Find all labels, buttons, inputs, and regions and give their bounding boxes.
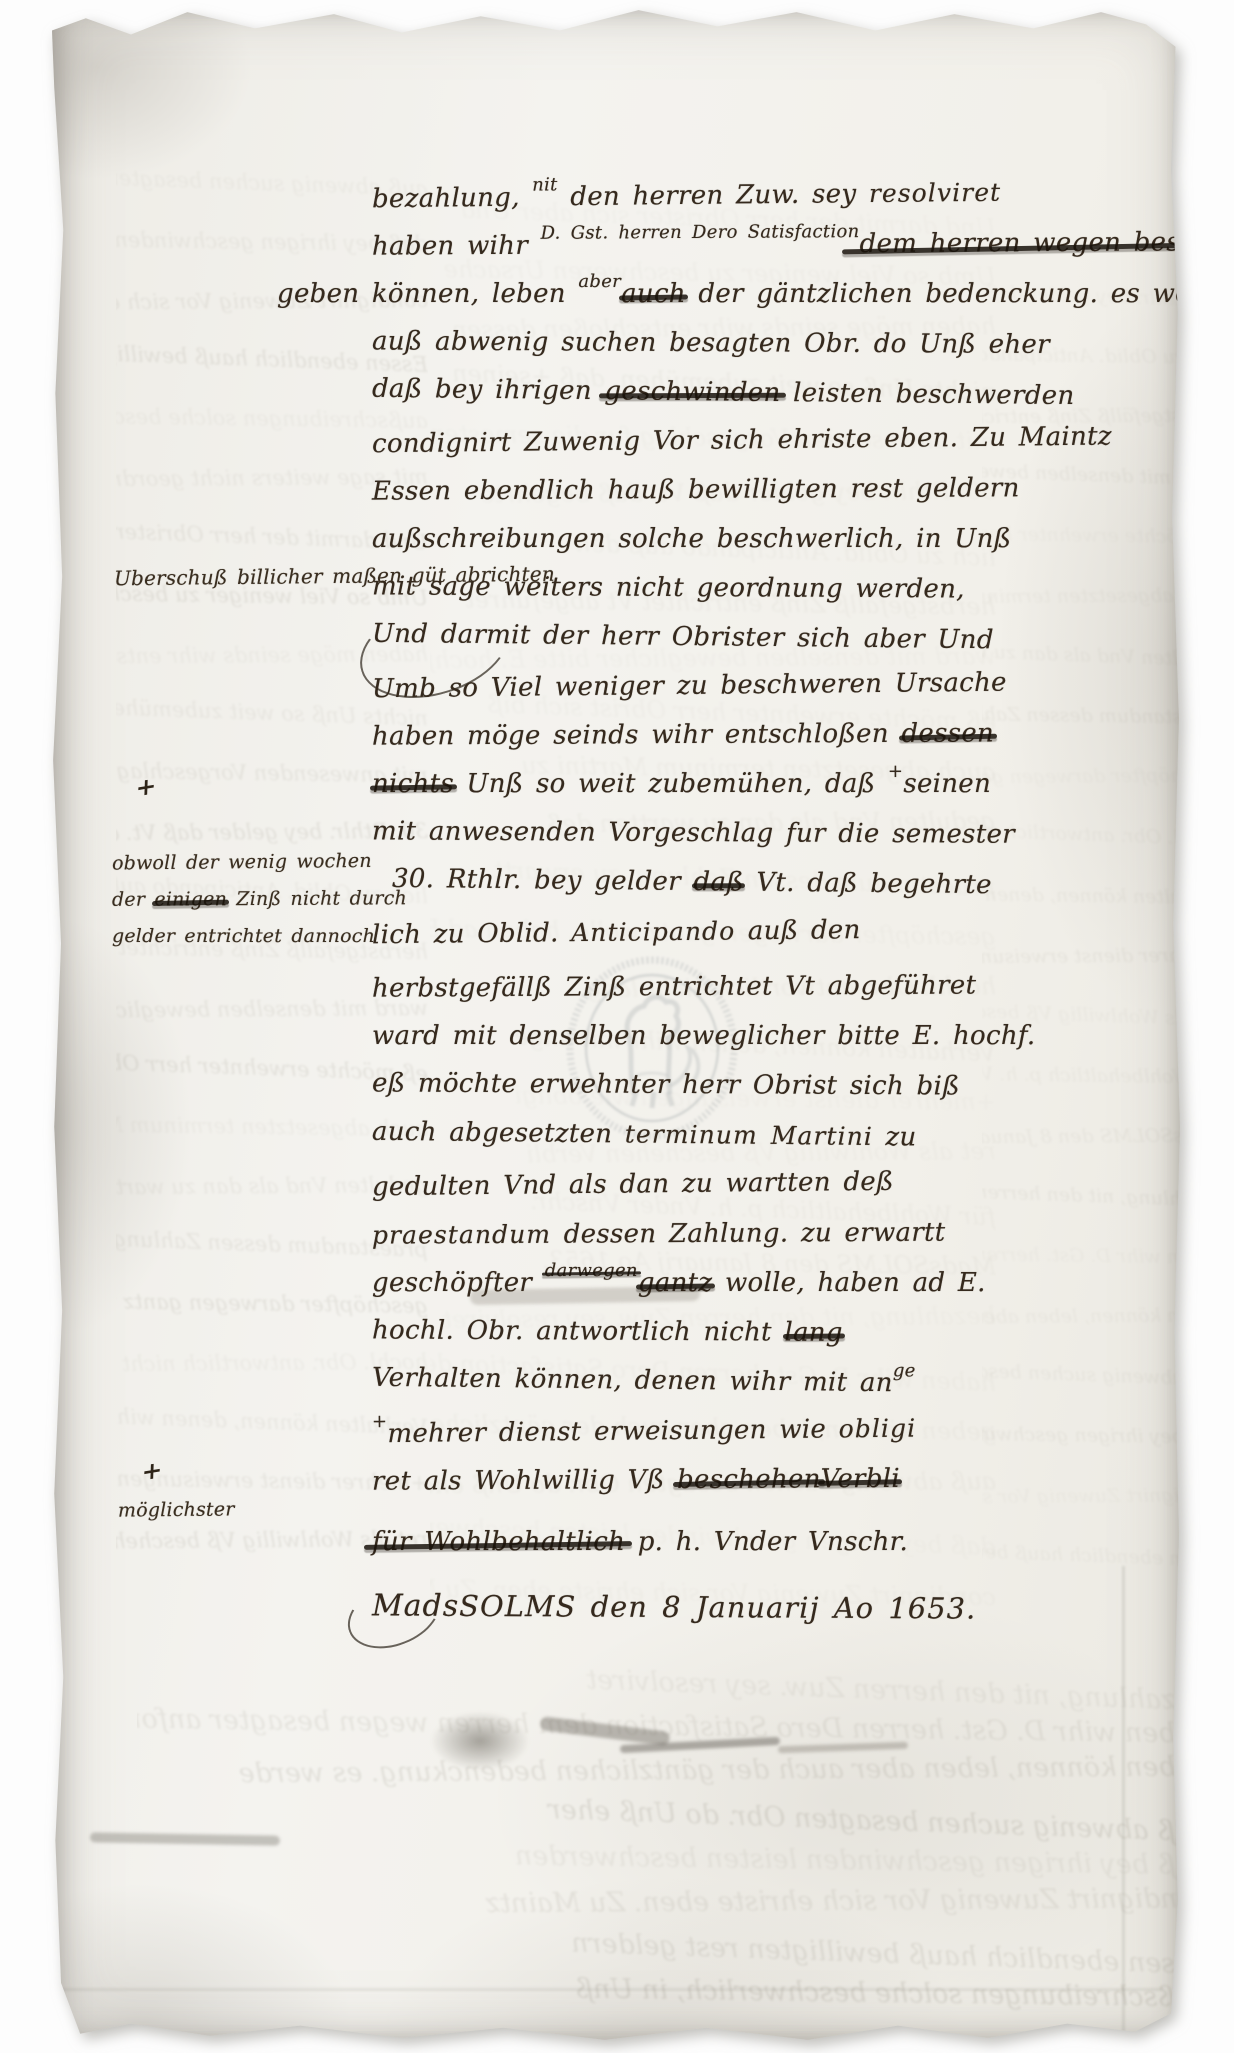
bleedthrough-ghost-line: haben wihr D. Gst. herren Dero Satisfact…	[982, 1224, 1226, 1287]
manuscript-line: mit anwesenden Vorgeschlag fur die semes…	[372, 807, 992, 859]
struck-text: dem herren wegen besagter anforderung	[859, 217, 1234, 269]
handwritten-text: wolle, haben ad E.	[712, 1268, 985, 1298]
ink-bleedthrough-right-edge: 30. Rthlr. bey gelder daß Vt. daß begehr…	[982, 266, 1226, 1586]
manuscript-line: gelder entrichtet dannoch	[112, 918, 407, 955]
manuscript-line: Verhalten können, denen wihr mit ange	[372, 1354, 992, 1409]
handwritten-text: Verhalten können, denen wihr mit an	[372, 1363, 893, 1398]
handwritten-text: der	[112, 889, 154, 911]
bleedthrough-ghost-line: condignirt Zuwenig Vor sich ehriste eben…	[982, 1465, 1226, 1527]
handwritten-text: Uberschuß billicher maßen güt abrichten	[114, 562, 555, 591]
bleedthrough-ghost-line: praestandum dessen Zahlung. zu erwartt	[998, 684, 1226, 747]
insertion-caret-icon: +	[141, 1454, 163, 1486]
handwritten-text: hochl. Obr. antwortlich nicht	[372, 1315, 785, 1347]
struck-text: dessen	[901, 709, 994, 758]
handwritten-text: möglichster	[118, 1498, 235, 1521]
manuscript-line: herbstgefällß Zinß entrichtet Vt abgefüh…	[372, 961, 992, 1013]
struck-text: geschwinden	[604, 367, 781, 418]
manuscript-line: MadsSOLMS den 8 Januarij Ao 1653.	[372, 1581, 992, 1633]
manuscript-line: Essen ebendlich hauß bewilligten rest ge…	[372, 464, 992, 516]
manuscript-line: auß abwenig suchen besagten Obr. do Unß …	[372, 317, 992, 369]
handwritten-text: eß möchte erwehnter herr Obrist sich biß	[372, 1068, 960, 1101]
handwritten-text: dessen Zahlung. zu erwartt	[551, 1218, 946, 1250]
manuscript-line: geben können, leben aber auch der gäntzl…	[277, 270, 992, 319]
scanned-page: auß abwenig suchen besagten Obr. do Unß …	[0, 0, 1234, 2053]
bleedthrough-ghost-line: auß abwenig suchen besagten Obr. do Unß …	[1015, 1342, 1226, 1409]
handwritten-text: zu	[873, 1122, 917, 1152]
struck-text: gantz	[638, 1259, 713, 1308]
handwritten-text: herbstgefällß Zinß entrichtet Vt abgefüh…	[372, 970, 976, 1003]
struck-text: daß	[693, 858, 744, 908]
handwritten-text: geben können, leben	[277, 279, 578, 309]
handwritten-text: ret als Wohlwillig Vß	[372, 1465, 677, 1497]
bleedthrough-ghost-line: MadsSOLMS den 8 Januarij Ao 1653.	[1034, 1105, 1226, 1166]
manuscript-line: lich zu Oblid. Anticipando auß den	[372, 904, 992, 960]
manuscript-line: ret als Wohlwillig Vß beschehen Verbli	[372, 1454, 992, 1506]
bleedthrough-ghost-line: auch abgesetzten terminum Martini zu	[982, 565, 1226, 627]
manuscript-line: der einigen Zinß nicht durch	[112, 880, 407, 919]
manuscript-line: daß bey ihrigen geschwinden leisten besc…	[372, 365, 992, 420]
bleedthrough-ghost-line: daß bey ihrigen geschwinden leisten besc…	[1034, 1405, 1226, 1468]
manuscript-line: Umb so Viel weniger zu beschweren Ursach…	[372, 659, 992, 714]
bleedthrough-ghost-line: eß möchte erwehnter herr Obrist sich biß	[1034, 505, 1226, 568]
handwritten-text: auch abgesetzten	[372, 1117, 625, 1150]
bleedthrough-ghost-line: geschöpfter darwegen gantz wolle, haben …	[1016, 745, 1226, 806]
handwritten-text: Unß so weit zubemühen, daß	[454, 769, 888, 799]
manuscript-line: möglichster	[118, 1491, 235, 1529]
margin-note-interest: obwoll der wenig wochender einigen Zinß …	[112, 844, 407, 955]
insertion-caret-icon: +	[135, 770, 157, 802]
manuscript-line: Und darmit der herr Obrister sich aber U…	[372, 610, 992, 665]
handwritten-text: Anticipando	[571, 916, 735, 947]
manuscript-line: obwoll der wenig wochen	[112, 842, 407, 882]
bleedthrough-ghost-line: +mehrer dienst erweisungen wie obligi	[982, 925, 1226, 987]
manuscript-line: Uberschuß billicher maßen güt abrichten	[114, 556, 555, 598]
paper-shadow-wrap: auß abwenig suchen besagten Obr. do Unß …	[0, 0, 1234, 2053]
handwritten-text: der gäntzlichen bedenckung. es werde	[686, 279, 1234, 309]
handwritten-text: haben wihr	[372, 231, 541, 262]
paper-crease-vertical	[1122, 1566, 1125, 2036]
handwritten-text: außschreibungen solche beschwerlich, in …	[372, 524, 1011, 554]
handwritten-text: praestandum	[372, 1220, 551, 1250]
manuscript-line: geschöpfter darwegen gantz wolle, haben …	[372, 1259, 992, 1308]
bleedthrough-ghost-line: ward mit denselben beweglicher bitte E. …	[1015, 442, 1226, 509]
handwritten-text: obwoll der wenig wochen	[112, 850, 372, 875]
interlinear-insertion: +	[888, 764, 903, 780]
manuscript-line: haben wihr D. Gst. herren Dero Satisfact…	[372, 219, 992, 271]
manuscript-line: praestandum dessen Zahlung. zu erwartt	[372, 1207, 992, 1260]
struck-text: für Wohlbehaltlich	[372, 1518, 625, 1567]
handwritten-text: haben möge seinds wihr entschloßen	[372, 719, 902, 752]
ink-bleedthrough-bottom: bezahlung, nit den herren Zuw. sey resol…	[137, 1661, 1209, 2017]
handwritten-text: gedulten Vnd als dan zu wartten deß	[372, 1167, 894, 1202]
manuscript-line: +mehrer dienst erweisungen wie obligi	[372, 1403, 992, 1459]
interlinear-insertion: aber	[578, 274, 621, 290]
interlinear-insertion: nit	[532, 177, 558, 193]
handwritten-text: terminum Martini	[625, 1119, 873, 1151]
handwritten-text: Zinß nicht durch	[227, 887, 407, 910]
struck-text: auch	[621, 270, 686, 319]
manuscript-paper: auß abwenig suchen besagten Obr. do Unß …	[52, 6, 1180, 2044]
handwritten-text: auß abwenig suchen besagten Obr. do Unß …	[372, 326, 1050, 360]
handwritten-text: bezahlung,	[372, 183, 533, 215]
manuscript-line: 30. Rthlr. bey gelder daß Vt. daß begehr…	[392, 855, 992, 910]
struck-text: darwegen	[545, 1263, 638, 1279]
handwritten-text: Essen ebendlich hauß bewilligten rest ge…	[372, 473, 1020, 506]
handwritten-text: seinen	[903, 769, 991, 799]
manuscript-line: eß möchte erwehnter herr Obrist sich biß	[372, 1059, 992, 1111]
manuscript-line: hochl. Obr. antwortlich nicht lang	[372, 1306, 992, 1358]
bleedthrough-ghost-line: Essen ebendlich hauß bewilligten rest ge…	[982, 1522, 1226, 1586]
struck-text: einigen	[154, 881, 227, 918]
struck-text: beschehen	[677, 1455, 821, 1505]
manuscript-line: condignirt Zuwenig Vor sich ehriste eben…	[372, 414, 992, 469]
bleedthrough-ghost-line: bezahlung, nit den herren Zuw. sey resol…	[982, 1161, 1226, 1230]
bleedthrough-streak	[90, 1832, 280, 1845]
handwritten-text: mehrer dienst erweisungen wie	[387, 1414, 839, 1449]
handwritten-text: leisten beschwerden	[780, 378, 1074, 411]
manuscript-line: bezahlung, nit den herren Zuw. sey resol…	[372, 168, 992, 224]
manuscript-line: haben möge seinds wihr entschloßen desse…	[372, 709, 992, 761]
interlinear-insertion: D. Gst. herren Dero Satisfaction	[541, 224, 860, 242]
manuscript-line: für Wohlbehaltlich p. h. Vnder Vnschr.	[372, 1518, 992, 1567]
handwritten-text: Vt. daß begehrte	[744, 868, 992, 901]
handwritten-text: 30. Rthlr. bey gelder	[392, 864, 694, 897]
manuscript-line: gedulten Vnd als dan zu wartten deß	[372, 1157, 992, 1212]
bleedthrough-blotch	[430, 1711, 530, 1771]
handwritten-text: daß bey ihrigen	[372, 374, 605, 406]
handwritten-text: p. h. Vnder Vnschr.	[625, 1527, 908, 1557]
struck-text: Verbli	[821, 1455, 901, 1504]
page-number: 1	[1191, 135, 1214, 171]
struck-text: nichts	[372, 760, 454, 809]
main-text-block: bezahlung, nit den herren Zuw. sey resol…	[372, 171, 992, 1632]
handwritten-text: obligi	[839, 1414, 917, 1444]
bleedthrough-ghost-line: gedulten Vnd als dan zu wartten deß	[982, 622, 1226, 691]
handwritten-text: resolviret	[869, 178, 1002, 208]
handwritten-text: den herren Zuw. sey	[558, 179, 869, 212]
handwritten-text: SOLMS den 8 Januarij Ao 1653.	[459, 1589, 976, 1626]
bleedthrough-ghost-line: geben können, leben aber auch der gäntzl…	[998, 1285, 1226, 1347]
margin-note-moeglichster: möglichster	[118, 1492, 235, 1529]
bleedthrough-ghost-line: hochl. Obr. antwortlich nicht lang	[1033, 803, 1226, 870]
handwritten-text: mit anwesenden Vorgeschlag fur die semes…	[372, 816, 1015, 849]
handwritten-text: gelder entrichtet dannoch	[112, 925, 375, 947]
bleedthrough-ghost-line: Verhalten können, denen wihr mit ange	[982, 864, 1226, 928]
handwritten-text: geschöpfter	[372, 1268, 545, 1298]
interlinear-insertion: ge	[893, 1363, 916, 1379]
margin-note-overage: Uberschuß billicher maßen güt abrichten	[114, 558, 555, 595]
struck-text: lang	[784, 1309, 843, 1358]
handwritten-text: Umb so Viel weniger zu beschweren Ursach…	[372, 668, 1007, 705]
paper-crease-horizontal	[62, 1988, 1162, 1991]
manuscript-line: nichts Unß so weit zubemühen, daß +seine…	[372, 760, 992, 809]
handwritten-text: Und darmit der herr Obrister sich aber U…	[372, 619, 994, 656]
manuscript-line: auch abgesetzten terminum Martini zu	[372, 1107, 992, 1163]
handwritten-text: Mads	[372, 1588, 459, 1623]
interlinear-insertion: +	[372, 1414, 388, 1430]
manuscript-line: ward mit denselben beweglicher bitte E. …	[372, 1012, 992, 1061]
handwritten-text: ward mit denselben beweglicher bitte E. …	[372, 1021, 1035, 1051]
handwritten-text: auß den	[735, 915, 861, 946]
bleedthrough-ghost-line: für Wohlbehaltlich p. h. Vnder Vnschr.	[1016, 1045, 1226, 1108]
